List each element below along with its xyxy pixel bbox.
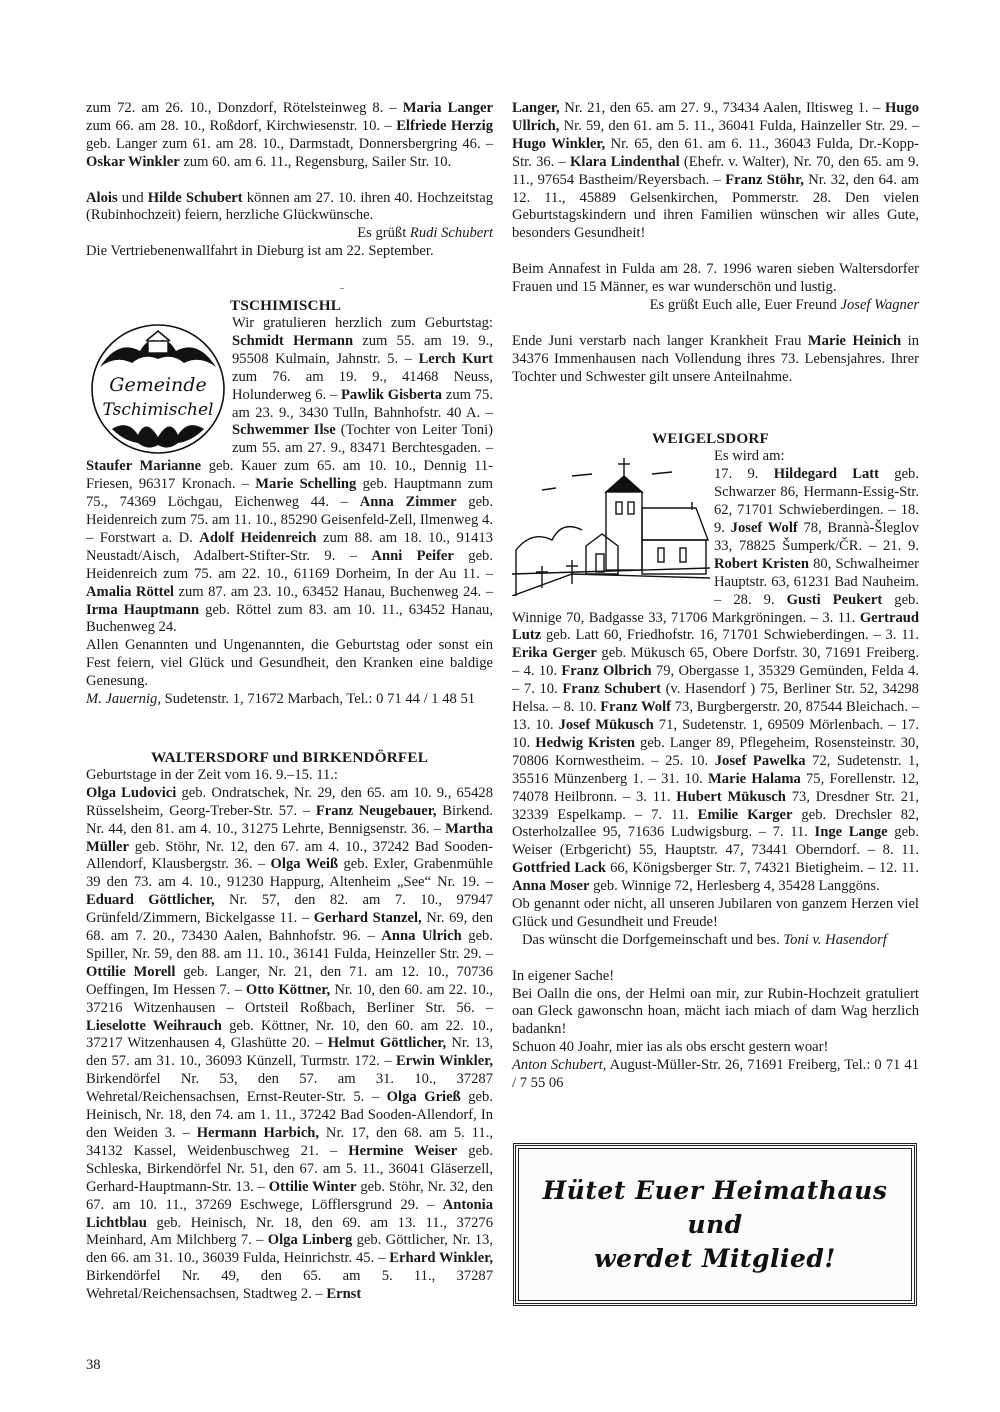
- waltersdorf-section: WALTERSDORF und BIRKENDÖRFEL Geburtstage…: [86, 749, 493, 1304]
- church-illustration: [512, 450, 710, 596]
- banner-line-2: und: [687, 1208, 742, 1242]
- svg-text:Gemeinde: Gemeinde: [109, 374, 206, 396]
- membership-banner: Hütet Euer Heimathaus und werdet Mitglie…: [513, 1143, 917, 1306]
- anniversary-signature: Es grüßt Rudi Schubert: [86, 225, 493, 243]
- tschimischl-signature: M. Jauernig, Sudetenstr. 1, 71672 Marbac…: [86, 691, 493, 709]
- obituary-paragraph: Ende Juni verstarb nach langer Krankheit…: [512, 333, 919, 387]
- annafest-paragraph: Beim Annafest in Fulda am 28. 7. 1996 wa…: [512, 261, 919, 297]
- page-number: 38: [86, 1357, 101, 1374]
- tschimischl-section: TSCHIMISCHL Gemeinde Tschimischel Wir gr…: [86, 297, 493, 709]
- own-matter-body: Bei Oalln die ons, der Helmi oan mir, zu…: [512, 986, 919, 1040]
- weigelsdorf-closing: Ob genannt oder nicht, all unseren Jubil…: [512, 896, 919, 932]
- section-heading-tschimischl: TSCHIMISCHL: [86, 297, 493, 315]
- waltersdorf-birthdays: Olga Ludovici geb. Ondratschek, Nr. 29, …: [86, 785, 493, 1304]
- own-matter-title: In eigener Sache!: [512, 968, 919, 986]
- right-column: Langer, Nr. 21, den 65. am 27. 9., 73434…: [512, 100, 919, 1093]
- anniversary-paragraph: Alois und Hilde Schubert können am 27. 1…: [86, 190, 493, 226]
- section-heading-weigelsdorf: WEIGELSDORF: [512, 430, 919, 448]
- waltersdorf-birthdays-continued: Langer, Nr. 21, den 65. am 27. 9., 73434…: [512, 100, 919, 243]
- annafest-signature: Es grüßt Euch alle, Euer Freund Josef Wa…: [512, 297, 919, 315]
- own-matter-section: In eigener Sache! Bei Oalln die ons, der…: [512, 968, 919, 1093]
- pilgrimage-note: Die Vertriebenenwallfahrt in Dieburg ist…: [86, 243, 493, 261]
- waltersdorf-subheading: Geburtstage in der Zeit vom 16. 9.–15. 1…: [86, 767, 493, 785]
- left-column: zum 72. am 26. 10., Donzdorf, Rötelstein…: [86, 100, 493, 1304]
- tschimischl-closing: Allen Genannten und Ungenannten, die Geb…: [86, 637, 493, 691]
- svg-text:Tschimischel: Tschimischel: [103, 400, 214, 420]
- stray-mark: [340, 288, 344, 289]
- banner-line-3: werdet Mitglied!: [594, 1242, 836, 1276]
- banner-line-1: Hütet Euer Heimathaus: [543, 1174, 888, 1208]
- weigelsdorf-signature: Das wünscht die Dorfgemeinschaft und bes…: [512, 932, 919, 950]
- own-matter-signature: Anton Schubert, August-Müller-Str. 26, 7…: [512, 1057, 919, 1093]
- own-matter-line2: Schuon 40 Joahr, mier ias als obs erscht…: [512, 1039, 919, 1057]
- section-heading-waltersdorf: WALTERSDORF und BIRKENDÖRFEL: [86, 749, 493, 767]
- gemeinde-seal-image: Gemeinde Tschimischel: [88, 319, 228, 457]
- weigelsdorf-section: WEIGELSDORF: [512, 430, 919, 949]
- intro-birthdays-paragraph: zum 72. am 26. 10., Donzdorf, Rötelstein…: [86, 100, 493, 172]
